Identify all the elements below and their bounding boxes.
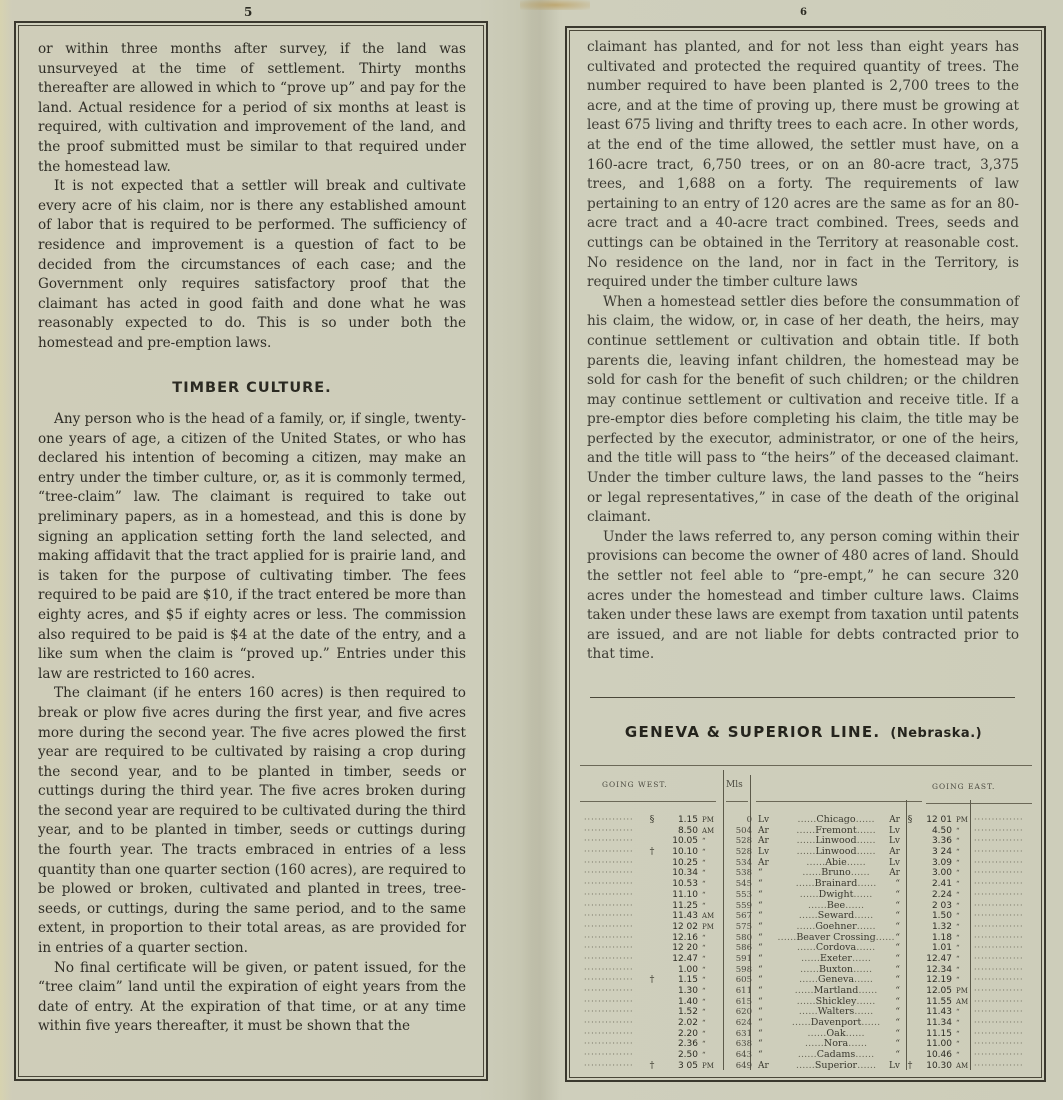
- east-suffix: “: [956, 1018, 974, 1029]
- west-time: 1.30: [658, 986, 698, 997]
- east-placeholder: ··············: [974, 965, 1030, 976]
- east-placeholder: ··············: [974, 954, 1030, 965]
- east-placeholder: ··············: [974, 836, 1030, 847]
- timetable-row: ··············11.10“553“……Dwight……“2.24“…: [580, 890, 1032, 901]
- east-time: 12.47: [914, 954, 952, 965]
- west-suffix: “: [702, 901, 722, 912]
- west-time: 10.25: [658, 858, 698, 869]
- page-number-right: 6: [800, 7, 807, 18]
- east-suffix: “: [956, 879, 974, 890]
- east-mark: †: [906, 1061, 914, 1072]
- direction-right: Lv: [882, 826, 900, 837]
- west-mark: §: [648, 815, 656, 826]
- direction-right: “: [882, 901, 900, 912]
- paper-stain: [520, 0, 590, 10]
- direction-right: Ar: [882, 868, 900, 879]
- east-placeholder: ··············: [974, 1018, 1030, 1029]
- west-suffix: AM: [702, 826, 722, 837]
- east-placeholder: ··············: [974, 1050, 1030, 1061]
- west-time: 1.00: [658, 965, 698, 976]
- timetable-row: ··············2.02“624“……Davenport……“11.…: [580, 1018, 1032, 1029]
- east-time: 2.24: [914, 890, 952, 901]
- east-placeholder: ··············: [974, 933, 1030, 944]
- miles: 580: [728, 933, 752, 944]
- east-placeholder: ··············: [974, 847, 1030, 858]
- miles: 643: [728, 1050, 752, 1061]
- miles: 605: [728, 975, 752, 986]
- west-suffix: “: [702, 1018, 722, 1029]
- east-time: 1.01: [914, 943, 952, 954]
- west-suffix: “: [702, 879, 722, 890]
- east-time: 1.32: [914, 922, 952, 933]
- east-time: 11.34: [914, 1018, 952, 1029]
- paragraph: or within three months after survey, if …: [38, 40, 466, 177]
- direction-left: “: [758, 879, 776, 890]
- direction-right: “: [882, 954, 900, 965]
- west-time: 1.15: [658, 975, 698, 986]
- east-placeholder: ··············: [974, 890, 1030, 901]
- direction-right: Ar: [882, 815, 900, 826]
- direction-right: “: [882, 1050, 900, 1061]
- west-placeholder: ··············: [584, 1061, 644, 1072]
- direction-right: Lv: [882, 858, 900, 869]
- east-time: 12.34: [914, 965, 952, 976]
- header-going-west: GOING WEST.: [602, 780, 668, 789]
- west-placeholder: ··············: [584, 986, 644, 997]
- timetable-title-text: GENEVA & SUPERIOR LINE.: [625, 723, 881, 741]
- east-time: 3 24: [914, 847, 952, 858]
- direction-right: “: [882, 986, 900, 997]
- west-placeholder: ··············: [584, 815, 644, 826]
- direction-right: “: [882, 965, 900, 976]
- direction-right: “: [882, 879, 900, 890]
- direction-right: “: [882, 997, 900, 1008]
- west-placeholder: ··············: [584, 911, 644, 922]
- section-heading-timber-culture: TIMBER CULTURE.: [38, 380, 466, 396]
- east-suffix: “: [956, 890, 974, 901]
- east-time: 1.50: [914, 911, 952, 922]
- east-suffix: “: [956, 901, 974, 912]
- header-rule: [926, 803, 1032, 804]
- miles: 586: [728, 943, 752, 954]
- west-time: 1.52: [658, 1007, 698, 1018]
- direction-left: “: [758, 1018, 776, 1029]
- west-suffix: “: [702, 954, 722, 965]
- east-time: 12 01: [914, 815, 952, 826]
- east-time: 12.05: [914, 986, 952, 997]
- east-suffix: “: [956, 1007, 974, 1018]
- east-placeholder: ··············: [974, 922, 1030, 933]
- east-time: 2.41: [914, 879, 952, 890]
- miles: 567: [728, 911, 752, 922]
- west-suffix: PM: [702, 922, 722, 933]
- left-page-text-top: or within three months after survey, if …: [38, 40, 466, 354]
- east-placeholder: ··············: [974, 815, 1030, 826]
- miles: 534: [728, 858, 752, 869]
- direction-left: “: [758, 868, 776, 879]
- west-suffix: AM: [702, 911, 722, 922]
- miles: 545: [728, 879, 752, 890]
- west-placeholder: ··············: [584, 965, 644, 976]
- west-time: 10.34: [658, 868, 698, 879]
- west-time: 2.36: [658, 1039, 698, 1050]
- west-time: 10.10: [658, 847, 698, 858]
- east-time: 3.00: [914, 868, 952, 879]
- direction-left: “: [758, 943, 776, 954]
- west-time: 12.16: [658, 933, 698, 944]
- west-suffix: “: [702, 847, 722, 858]
- east-suffix: “: [956, 933, 974, 944]
- west-time: 2.50: [658, 1050, 698, 1061]
- west-placeholder: ··············: [584, 1050, 644, 1061]
- direction-left: Ar: [758, 858, 776, 869]
- west-mark: †: [648, 1061, 656, 1072]
- miles: 591: [728, 954, 752, 965]
- miles: 620: [728, 1007, 752, 1018]
- east-time: 11.55: [914, 997, 952, 1008]
- east-suffix: “: [956, 911, 974, 922]
- west-suffix: “: [702, 933, 722, 944]
- east-placeholder: ··············: [974, 1029, 1030, 1040]
- direction-right: “: [882, 1039, 900, 1050]
- west-time: 12 20: [658, 943, 698, 954]
- direction-left: Lv: [758, 847, 776, 858]
- west-placeholder: ··············: [584, 1018, 644, 1029]
- page-number-left: 5: [244, 5, 252, 19]
- west-suffix: “: [702, 1050, 722, 1061]
- miles: 638: [728, 1039, 752, 1050]
- east-time: 10.46: [914, 1050, 952, 1061]
- west-placeholder: ··············: [584, 1029, 644, 1040]
- section-divider: [590, 697, 1015, 698]
- east-placeholder: ··············: [974, 858, 1030, 869]
- east-suffix: PM: [956, 815, 974, 826]
- west-time: 2.02: [658, 1018, 698, 1029]
- west-suffix: “: [702, 868, 722, 879]
- east-placeholder: ··············: [974, 986, 1030, 997]
- west-suffix: “: [702, 997, 722, 1008]
- east-placeholder: ··············: [974, 868, 1030, 879]
- east-suffix: “: [956, 922, 974, 933]
- direction-left: “: [758, 965, 776, 976]
- left-page-text-bottom: Any person who is the head of a family, …: [38, 410, 466, 1037]
- east-suffix: “: [956, 965, 974, 976]
- direction-right: “: [882, 890, 900, 901]
- direction-right: Lv: [882, 1061, 900, 1072]
- paragraph: It is not expected that a settler will b…: [38, 177, 466, 353]
- east-placeholder: ··············: [974, 1007, 1030, 1018]
- east-suffix: “: [956, 858, 974, 869]
- east-time: 12.19: [914, 975, 952, 986]
- miles: 575: [728, 922, 752, 933]
- west-time: 11.25: [658, 901, 698, 912]
- east-placeholder: ··············: [974, 1039, 1030, 1050]
- right-page-text: claimant has planted, and for not less t…: [587, 38, 1019, 665]
- west-suffix: “: [702, 836, 722, 847]
- direction-right: “: [882, 1029, 900, 1040]
- east-suffix: “: [956, 975, 974, 986]
- direction-right: “: [882, 1018, 900, 1029]
- direction-left: “: [758, 890, 776, 901]
- east-placeholder: ··············: [974, 826, 1030, 837]
- direction-left: “: [758, 1050, 776, 1061]
- direction-left: “: [758, 975, 776, 986]
- west-time: 1.40: [658, 997, 698, 1008]
- west-time: 8.50: [658, 826, 698, 837]
- west-suffix: “: [702, 965, 722, 976]
- east-suffix: “: [956, 1050, 974, 1061]
- east-suffix: AM: [956, 997, 974, 1008]
- timetable-rows: ··············§1.15PM0Lv……Chicago……Ar§12…: [580, 815, 1032, 1072]
- east-placeholder: ··············: [974, 943, 1030, 954]
- miles: 649: [728, 1061, 752, 1072]
- east-placeholder: ··············: [974, 901, 1030, 912]
- paragraph: The claimant (if he enters 160 acres) is…: [38, 684, 466, 958]
- direction-left: “: [758, 933, 776, 944]
- direction-right: “: [882, 943, 900, 954]
- west-suffix: “: [702, 1007, 722, 1018]
- west-placeholder: ··············: [584, 1007, 644, 1018]
- west-placeholder: ··············: [584, 890, 644, 901]
- east-suffix: “: [956, 943, 974, 954]
- west-placeholder: ··············: [584, 997, 644, 1008]
- direction-left: “: [758, 986, 776, 997]
- direction-left: “: [758, 1007, 776, 1018]
- miles: 624: [728, 1018, 752, 1029]
- miles: 0: [728, 815, 752, 826]
- west-placeholder: ··············: [584, 943, 644, 954]
- west-placeholder: ··············: [584, 933, 644, 944]
- direction-right: “: [882, 933, 900, 944]
- miles: 631: [728, 1029, 752, 1040]
- west-time: 2.20: [658, 1029, 698, 1040]
- west-suffix: PM: [702, 1061, 722, 1072]
- west-time: 1.15: [658, 815, 698, 826]
- direction-left: “: [758, 922, 776, 933]
- west-placeholder: ··············: [584, 847, 644, 858]
- east-suffix: “: [956, 826, 974, 837]
- direction-right: “: [882, 1007, 900, 1018]
- east-time: 2 03: [914, 901, 952, 912]
- timetable-title: GENEVA & SUPERIOR LINE.(Nebraska.): [565, 723, 1042, 741]
- east-suffix: AM: [956, 1061, 974, 1072]
- west-placeholder: ··············: [584, 858, 644, 869]
- east-time: 11.43: [914, 1007, 952, 1018]
- timetable-row: ··············†3 05PM649Ar……Superior……Lv…: [580, 1061, 1032, 1072]
- east-placeholder: ··············: [974, 879, 1030, 890]
- direction-right: Lv: [882, 836, 900, 847]
- east-suffix: “: [956, 954, 974, 965]
- east-suffix: “: [956, 1029, 974, 1040]
- west-suffix: “: [702, 975, 722, 986]
- timetable: GOING WEST. Mls GOING EAST. ············…: [580, 765, 1032, 1072]
- west-time: 3 05: [658, 1061, 698, 1072]
- west-placeholder: ··············: [584, 1039, 644, 1050]
- east-time: 3.09: [914, 858, 952, 869]
- west-mark: †: [648, 975, 656, 986]
- west-time: 11.43: [658, 911, 698, 922]
- miles: 598: [728, 965, 752, 976]
- book-gutter: [520, 0, 560, 1100]
- west-placeholder: ··············: [584, 954, 644, 965]
- miles: 553: [728, 890, 752, 901]
- west-mark: †: [648, 847, 656, 858]
- west-suffix: “: [702, 858, 722, 869]
- west-suffix: “: [702, 943, 722, 954]
- west-placeholder: ··············: [584, 975, 644, 986]
- west-time: 10.53: [658, 879, 698, 890]
- east-placeholder: ··············: [974, 997, 1030, 1008]
- miles: 528: [728, 847, 752, 858]
- east-suffix: “: [956, 847, 974, 858]
- direction-left: “: [758, 997, 776, 1008]
- paragraph: claimant has planted, and for not less t…: [587, 38, 1019, 293]
- west-suffix: PM: [702, 815, 722, 826]
- direction-left: Lv: [758, 815, 776, 826]
- direction-left: “: [758, 901, 776, 912]
- header-rule: [726, 801, 748, 802]
- west-suffix: “: [702, 1039, 722, 1050]
- west-placeholder: ··············: [584, 868, 644, 879]
- west-time: 12 02: [658, 922, 698, 933]
- east-time: 3.36: [914, 836, 952, 847]
- west-placeholder: ··············: [584, 879, 644, 890]
- direction-left: “: [758, 1039, 776, 1050]
- header-going-east: GOING EAST.: [932, 782, 995, 791]
- west-time: 11.10: [658, 890, 698, 901]
- paragraph: No final certificate will be given, or p…: [38, 959, 466, 1037]
- east-time: 10.30: [914, 1061, 952, 1072]
- miles: 559: [728, 901, 752, 912]
- miles: 504: [728, 826, 752, 837]
- timetable-top-rule: [580, 765, 1032, 766]
- east-mark: §: [906, 815, 914, 826]
- west-suffix: “: [702, 986, 722, 997]
- direction-left: Ar: [758, 836, 776, 847]
- west-suffix: “: [702, 890, 722, 901]
- east-placeholder: ··············: [974, 1061, 1030, 1072]
- west-time: 10.05: [658, 836, 698, 847]
- miles: 611: [728, 986, 752, 997]
- east-suffix: PM: [956, 986, 974, 997]
- header-miles: Mls: [726, 780, 743, 790]
- paragraph: Any person who is the head of a family, …: [38, 410, 466, 684]
- east-placeholder: ··············: [974, 975, 1030, 986]
- direction-left: “: [758, 911, 776, 922]
- paragraph: When a homestead settler dies before the…: [587, 293, 1019, 528]
- east-time: 4.50: [914, 826, 952, 837]
- east-suffix: “: [956, 836, 974, 847]
- west-placeholder: ··············: [584, 922, 644, 933]
- header-rule: [756, 801, 922, 802]
- direction-left: Ar: [758, 826, 776, 837]
- direction-left: “: [758, 954, 776, 965]
- direction-left: “: [758, 1029, 776, 1040]
- east-suffix: “: [956, 1039, 974, 1050]
- station-name: ……Superior……: [776, 1061, 896, 1072]
- direction-left: Ar: [758, 1061, 776, 1072]
- direction-right: “: [882, 975, 900, 986]
- direction-right: “: [882, 911, 900, 922]
- west-placeholder: ··············: [584, 836, 644, 847]
- miles: 615: [728, 997, 752, 1008]
- timetable-subtitle: (Nebraska.): [890, 726, 982, 741]
- miles: 538: [728, 868, 752, 879]
- west-placeholder: ··············: [584, 826, 644, 837]
- west-suffix: “: [702, 1029, 722, 1040]
- west-time: 12.47: [658, 954, 698, 965]
- miles: 528: [728, 836, 752, 847]
- east-suffix: “: [956, 868, 974, 879]
- paragraph: Under the laws referred to, any person c…: [587, 528, 1019, 665]
- direction-right: Ar: [882, 847, 900, 858]
- west-placeholder: ··············: [584, 901, 644, 912]
- east-time: 1.18: [914, 933, 952, 944]
- east-time: 11.00: [914, 1039, 952, 1050]
- header-rule: [580, 801, 716, 802]
- east-placeholder: ··············: [974, 911, 1030, 922]
- east-time: 11.15: [914, 1029, 952, 1040]
